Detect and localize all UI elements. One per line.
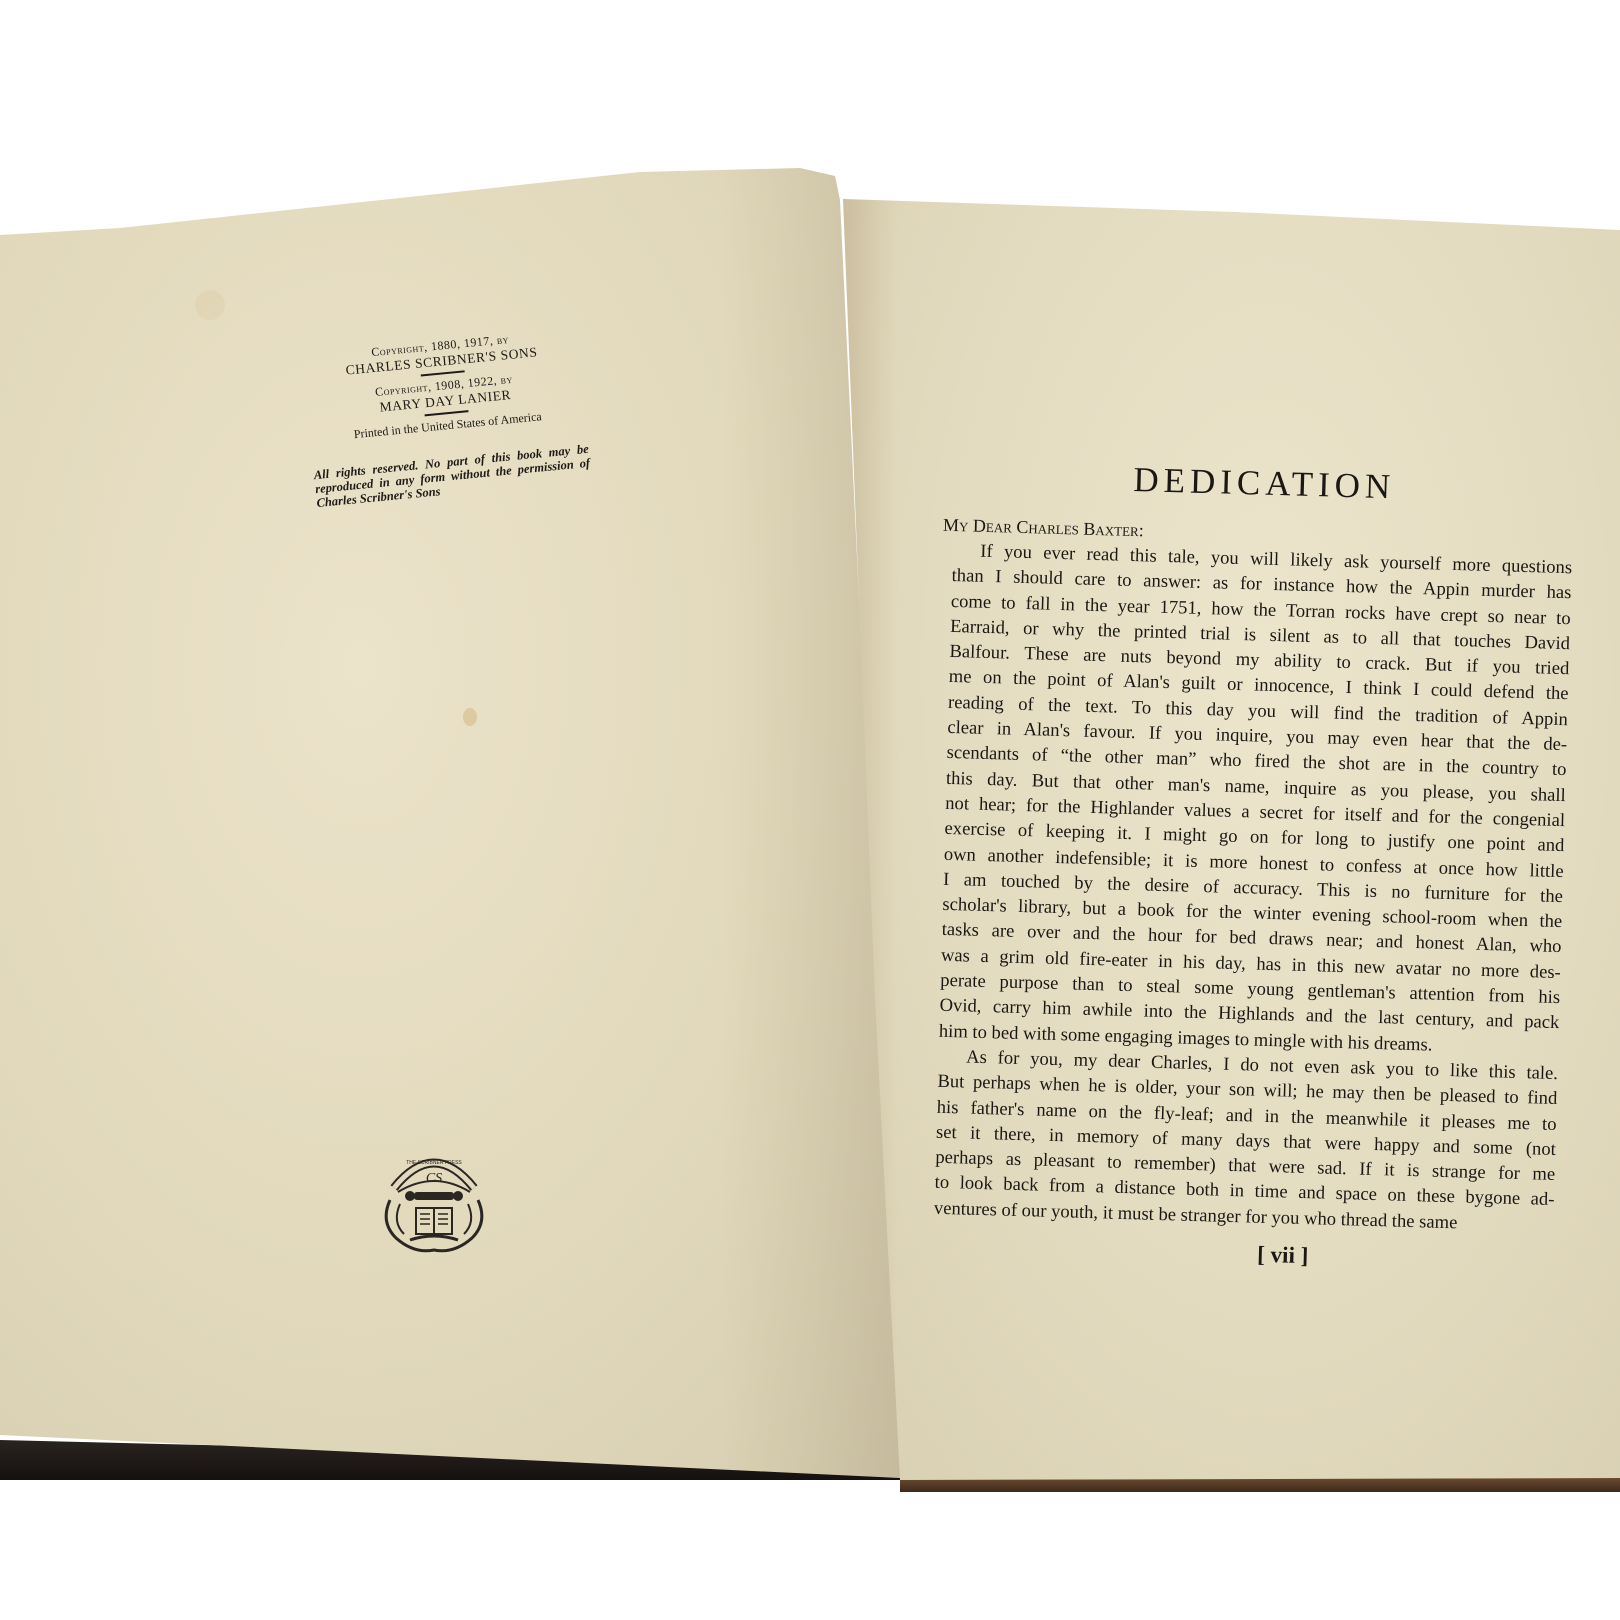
- dedication-text-block: DEDICATION My Dear Charles Baxter: If yo…: [933, 455, 1605, 1277]
- divider-rule: [421, 370, 465, 376]
- svg-text:CS: CS: [426, 1171, 442, 1186]
- dedication-paragraph-2: As for you, my dear Charles, I do not ev…: [934, 1044, 1559, 1238]
- scribner-press-emblem-icon: CS THE SCRIBNER PRESS: [380, 1142, 488, 1260]
- dedication-paragraph-1: If you ever read this tale, you will lik…: [939, 538, 1573, 1061]
- svg-text:THE SCRIBNER PRESS: THE SCRIBNER PRESS: [406, 1160, 462, 1166]
- divider-rule: [425, 410, 469, 416]
- open-book-photo: Copyright, 1880, 1917, by CHARLES SCRIBN…: [0, 0, 1620, 1620]
- foxing-spot: [195, 290, 225, 320]
- book-cover-edge-right: [900, 1478, 1620, 1492]
- foxing-spot: [463, 708, 477, 726]
- copyright-notice: Copyright, 1880, 1917, by CHARLES SCRIBN…: [300, 325, 594, 510]
